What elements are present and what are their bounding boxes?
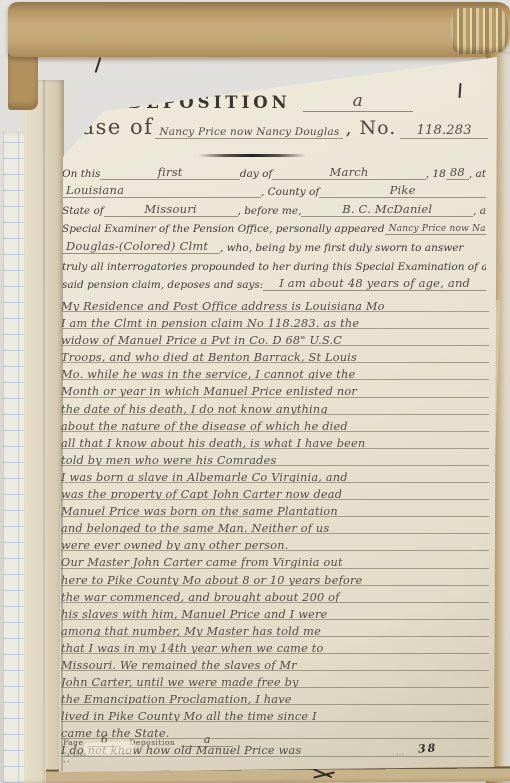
form-number-rule (210, 83, 294, 84)
handwritten-fill: Louisiana (62, 183, 261, 198)
handwriting-line: were ever owned by any other person. (61, 534, 489, 551)
deposition-title: DEPOSITION (128, 93, 291, 112)
handwriting-line: the war commenced, and brought about 200… (61, 586, 489, 603)
case-name-fill: Nancy Price now Nancy Douglas (155, 126, 343, 139)
printed-text: , 18 (426, 168, 446, 180)
case-row: Case of Nancy Price now Nancy Douglas , … (64, 115, 488, 139)
printed-text: , who, being by me first duly sworn to a… (220, 242, 463, 254)
printed-text: said pension claim, deposes and says: (62, 279, 263, 291)
deposition-label: Deposition (129, 738, 175, 747)
form-number: (3—456.) (193, 68, 313, 78)
printed-text: , County of (261, 186, 319, 198)
handwritten-fill: B. C. McDaniel (301, 202, 473, 217)
handwriting-line: the Emancipation Proclamation, I have (61, 688, 489, 705)
printed-text: day of (240, 168, 272, 180)
eraser-smudge (84, 741, 134, 755)
handwriting-line: was the property of Capt John Carter now… (61, 483, 489, 500)
handwriting-line: Missouri. We remained the slaves of Mr (61, 654, 489, 671)
handwriting-line: I was born a slave in Albemarle Co Virgi… (61, 466, 489, 483)
rolled-folder-top (8, 2, 510, 57)
handwriting-line: I am the Clmt in pension claim No 118.28… (61, 312, 489, 329)
case-of-label: Case of (64, 115, 153, 139)
form-line: Louisiana , County of Pike (62, 180, 486, 199)
deposition-letter-fill: a (353, 91, 363, 111)
deposition-letter-fill-footer: a (181, 733, 233, 747)
handwritten-fill: first (100, 165, 239, 180)
case-no-label: , No. (345, 117, 396, 139)
form-line: State of Missouri , before me, B. C. McD… (62, 198, 486, 217)
title-row: DEPOSITION a (128, 91, 448, 112)
handwriting-line: told by men who were his Comrades (61, 449, 489, 466)
case-number-fill: 118.283 (400, 123, 488, 139)
rolled-paper-end (450, 8, 508, 54)
handwriting-line: that I was in my 14th year when we came … (61, 637, 489, 654)
handwriting-line: John Carter, until we were made free by (61, 671, 489, 688)
form-line: On this first day of March , 18 88 , at (62, 161, 486, 180)
handwriting-line: among that number, My Master has told me (61, 620, 489, 637)
paper-fold-crease (43, 80, 45, 783)
printed-text: Special Examiner of the Pension Office, … (62, 223, 385, 235)
form-line: said pension claim, deposes and says: I … (62, 273, 486, 292)
handwriting-line: My Residence and Post Office address is … (61, 295, 489, 312)
deposition-letter-slot: a (303, 91, 413, 112)
handwriting-line: and belonged to the same Man. Neither of… (61, 517, 489, 534)
handwritten-fill: Pike (319, 183, 486, 198)
printed-text: , before me, (238, 205, 302, 217)
handwriting-line: Troops, and who died at Benton Barrack, … (61, 346, 489, 363)
handwriting-line: here to Pike County Mo about 8 or 10 yea… (61, 569, 489, 586)
page-label: Page (63, 738, 83, 747)
folded-blank-sheet (24, 80, 64, 783)
handwriting-line: widow of Manuel Price a Pvt in Co. D 68"… (61, 329, 489, 346)
handwriting-line: Month or year in which Manuel Price enli… (61, 380, 489, 397)
handwriting-line: Manuel Price was born on the same Planta… (61, 500, 489, 517)
printed-text: truly all interrogatories propounded to … (62, 261, 486, 273)
print-code-2: * * (63, 760, 70, 766)
form-line: Special Examiner of the Pension Office, … (62, 217, 486, 236)
handwriting-line: lived in Pike County Mo all the time sin… (61, 705, 489, 722)
handwritten-fill: 88 (446, 165, 469, 180)
handwriting-line: Our Master John Carter came from Virgini… (61, 551, 489, 568)
ink-scribble (305, 770, 339, 782)
intro-paragraph: On this first day of March , 18 88 , at … (62, 161, 486, 291)
printed-text: , a (473, 205, 486, 217)
printed-text: On this (62, 168, 100, 180)
underline-flourish (198, 154, 306, 157)
handwritten-testimony: My Residence and Post Office address is … (61, 295, 489, 757)
scanned-document-photo: (3—456.) DEPOSITION a Case of Nancy Pric… (0, 0, 510, 783)
ink-tick-mark (95, 57, 102, 73)
form-line: truly all interrogatories propounded to … (62, 254, 486, 273)
handwritten-fill: Missouri (104, 202, 238, 217)
printed-text: State of (62, 205, 104, 217)
form-line: Douglas-(Colored) Clmt , who, being by m… (62, 235, 486, 254)
handwritten-fill: I am about 48 years of age, and (263, 276, 486, 291)
handwritten-fill: Nancy Price now Nancy (385, 224, 486, 235)
handwritten-fill: Douglas-(Colored) Clmt (62, 239, 220, 254)
pencil-page-mark: 38 (418, 741, 438, 755)
printed-text: , at (469, 168, 486, 180)
handwriting-line: Mo. while he was in the service, I canno… (61, 363, 489, 380)
handwriting-line: about the nature of the disease of which… (61, 415, 489, 432)
handwriting-line: his slaves with him, Manuel Price and I … (61, 603, 489, 620)
handwriting-line: all that I know about his death, is what… (61, 432, 489, 449)
handwriting-line: the date of his death, I do not know any… (61, 398, 489, 415)
handwritten-fill: March (272, 165, 425, 180)
pencil-dashes: … (396, 748, 405, 757)
deposition-page: (3—456.) DEPOSITION a Case of Nancy Pric… (58, 55, 497, 773)
